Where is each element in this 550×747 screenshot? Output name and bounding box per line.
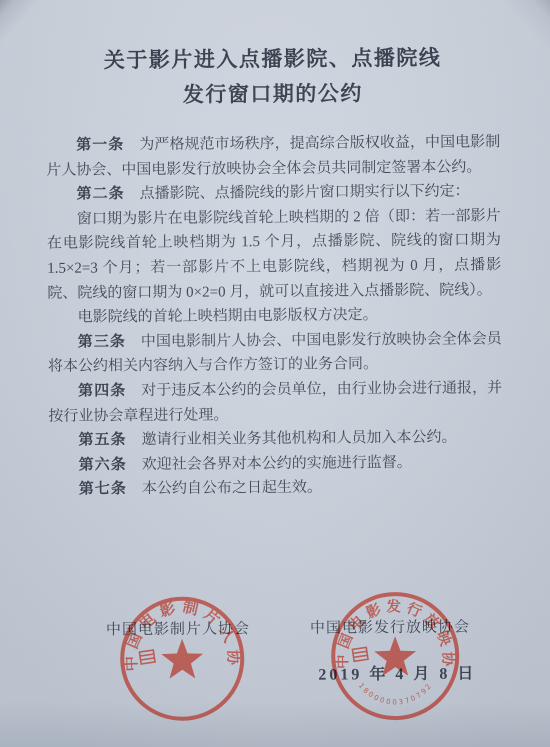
article-label: 第四条 [78, 383, 126, 399]
seal-number: 1800000370792 [357, 681, 435, 707]
star-icon [161, 639, 203, 679]
document-title: 关于影片进入点播影院、点播院线 发行窗口期的公约 [37, 40, 508, 114]
paragraph: 窗口期为影片在电影院线首轮上映档期的 2 倍（即：若一部影片在电影院线首轮上映档… [47, 204, 502, 306]
paper-page: 关于影片进入点播影院、点播院线 发行窗口期的公约 第一条 为严格规范市场秩序，提… [0, 0, 550, 747]
paragraph: 第七条 本公约自公布之日起生效。 [49, 475, 503, 503]
svg-text:1800000370792: 1800000370792 [357, 681, 435, 707]
article-label: 第七条 [79, 481, 127, 497]
document-photo: 关于影片进入点播影院、点播院线 发行窗口期的公约 第一条 为严格规范市场秩序，提… [0, 0, 550, 747]
seal-registration-mark [352, 647, 368, 661]
article-label: 第六条 [79, 457, 127, 473]
paragraph: 第三条 中国电影制片人协会、中国电影发行放映协会全体会员将本公约相关内容纳入与合… [48, 327, 502, 380]
paragraphs: 第一条 为严格规范市场秩序，提高综合版权收益，中国电影制片人协会、中国电影发行放… [46, 130, 503, 502]
title-line-2: 发行窗口期的公约 [183, 81, 363, 106]
article-label: 第五条 [78, 432, 126, 448]
seal-registration-mark [139, 650, 155, 664]
paragraph: 第四条 对于违反本公约的会员单位，由行业协会进行通报，并按行业协会章程进行处理。 [48, 376, 502, 429]
paragraph: 第五条 邀请行业相关业务其他机构和人员加入本公约。 [48, 425, 502, 453]
title-line-1: 关于影片进入点播影院、点播院线 [104, 46, 442, 73]
paragraph: 电影院线的首轮上映档期由电影版权方决定。 [47, 302, 501, 330]
paragraph: 第六条 欢迎社会各界对本公约的实施进行监督。 [49, 450, 503, 478]
article-label: 第二条 [77, 186, 125, 202]
article-label: 第一条 [76, 137, 124, 153]
article-label: 第三条 [78, 334, 126, 350]
official-seal-left: 中国电影制片人协会 [116, 592, 249, 725]
paragraph: 第二条 点播影院、点播院线的影片窗口期实行以下约定： [46, 179, 500, 207]
official-seal-right: 中国电影发行放映协会 1800000370792 [327, 588, 464, 725]
paragraph: 第一条 为严格规范市场秩序，提高综合版权收益，中国电影制片人协会、中国电影发行放… [46, 130, 500, 183]
star-icon [374, 636, 416, 676]
